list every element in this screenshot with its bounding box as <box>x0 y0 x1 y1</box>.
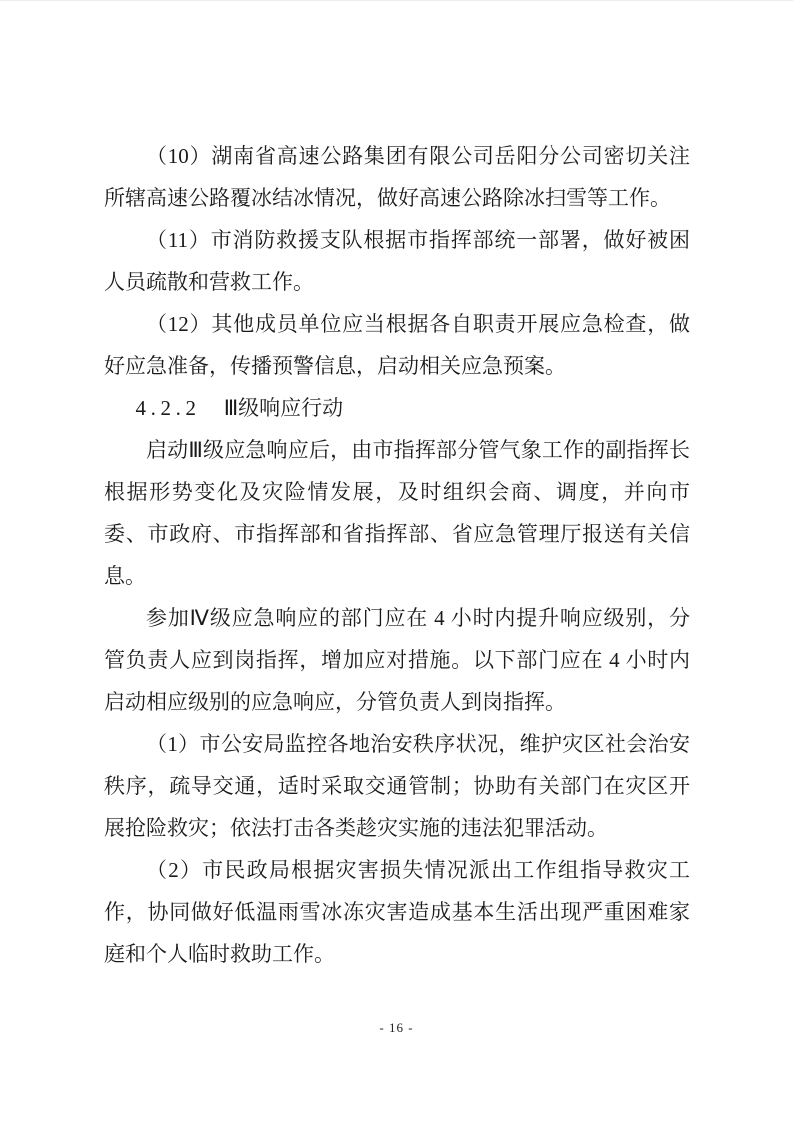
document-page: （10）湖南省高速公路集团有限公司岳阳分公司密切关注所辖高速公路覆冰结冰情况，做… <box>0 0 793 1122</box>
paragraph: 启动Ⅲ级应急响应后，由市指挥部分管气象工作的副指挥长根据形势变化及灾险情发展，及… <box>104 429 690 597</box>
page-number: - 16 - <box>0 1019 793 1037</box>
section-heading: 4.2.2Ⅲ级响应行动 <box>104 387 690 429</box>
section-number: 4.2.2 <box>136 396 201 420</box>
paragraph: （11）市消防救援支队根据市指挥部统一部署，做好被困人员疏散和营救工作。 <box>104 219 690 303</box>
paragraph: （12）其他成员单位应当根据各自职责开展应急检查，做好应急准备，传播预警信息，启… <box>104 303 690 387</box>
section-title: Ⅲ级响应行动 <box>224 396 343 420</box>
paragraph: （10）湖南省高速公路集团有限公司岳阳分公司密切关注所辖高速公路覆冰结冰情况，做… <box>104 135 690 219</box>
paragraph: 参加Ⅳ级应急响应的部门应在 4 小时内提升响应级别，分管负责人应到岗指挥，增加应… <box>104 597 690 723</box>
document-body: （10）湖南省高速公路集团有限公司岳阳分公司密切关注所辖高速公路覆冰结冰情况，做… <box>104 135 690 975</box>
paragraph: （2）市民政局根据灾害损失情况派出工作组指导救灾工作，协同做好低温雨雪冰冻灾害造… <box>104 849 690 975</box>
paragraph: （1）市公安局监控各地治安秩序状况，维护灾区社会治安秩序，疏导交通，适时采取交通… <box>104 723 690 849</box>
